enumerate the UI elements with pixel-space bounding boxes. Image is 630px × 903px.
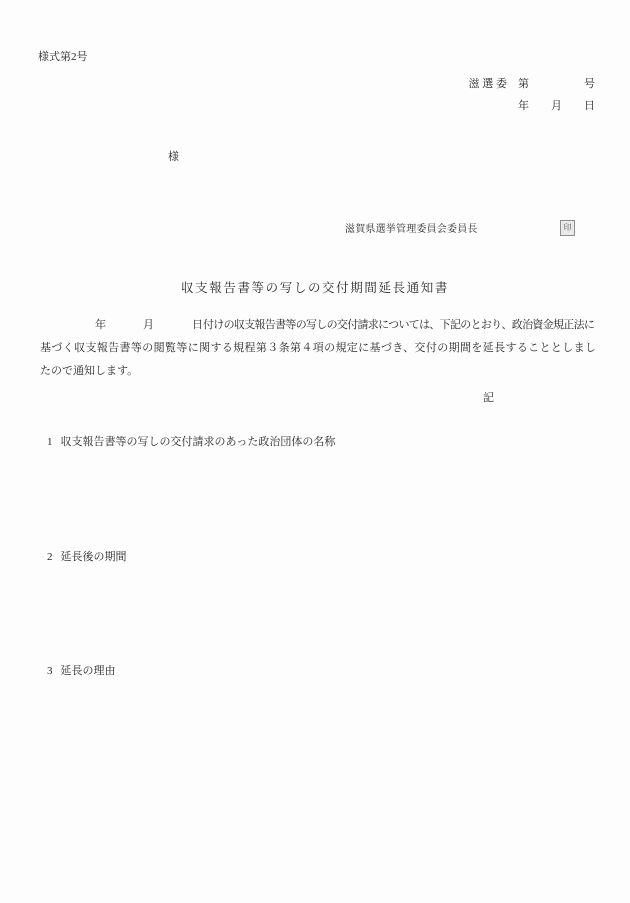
item-2: 2 延長後の期間 [47,550,127,564]
item-2-label: 延長後の期間 [61,550,127,564]
item-3: 3 延長の理由 [47,664,116,678]
seal-mark: 印 [560,220,575,236]
body-line-1-text: 付けの収支報告書等の写しの交付請求については、下記のとおり、政治資金規正法に [203,318,594,332]
item-1-number: 1 [47,435,53,449]
item-1: 1 収支報告書等の写しの交付請求のあった政治団体の名称 [47,435,335,449]
issue-date-field: 年 月 日 [518,99,595,113]
addressee-honorific: 様 [168,150,179,164]
day-blank-label: 日 [192,318,203,332]
notification-document-page: 様式第2号 滋 選 委 第 号 年 月 日 様 滋賀県選挙管理委員会委員長 印 … [0,0,630,903]
record-marker: 記 [483,391,494,405]
document-title: 収支報告書等の写しの交付期間延長通知書 [0,281,630,296]
item-2-number: 2 [47,550,53,564]
item-1-label: 収支報告書等の写しの交付請求のあった政治団体の名称 [61,435,336,449]
body-line-2: 基づく収支報告書等の閲覧等に関する規程第３条第４項の規定に基づき、交付の期間を延… [40,341,596,355]
year-blank-label: 年 [95,318,106,332]
item-3-label: 延長の理由 [61,664,116,678]
body-line-3: たので通知します。 [40,364,138,378]
document-number-field: 滋 選 委 第 号 [469,77,596,91]
sender-title: 滋賀県選挙管理委員会委員長 [345,223,478,237]
form-number: 様式第2号 [38,50,88,64]
item-3-number: 3 [47,664,53,678]
month-blank-label: 月 [143,318,154,332]
